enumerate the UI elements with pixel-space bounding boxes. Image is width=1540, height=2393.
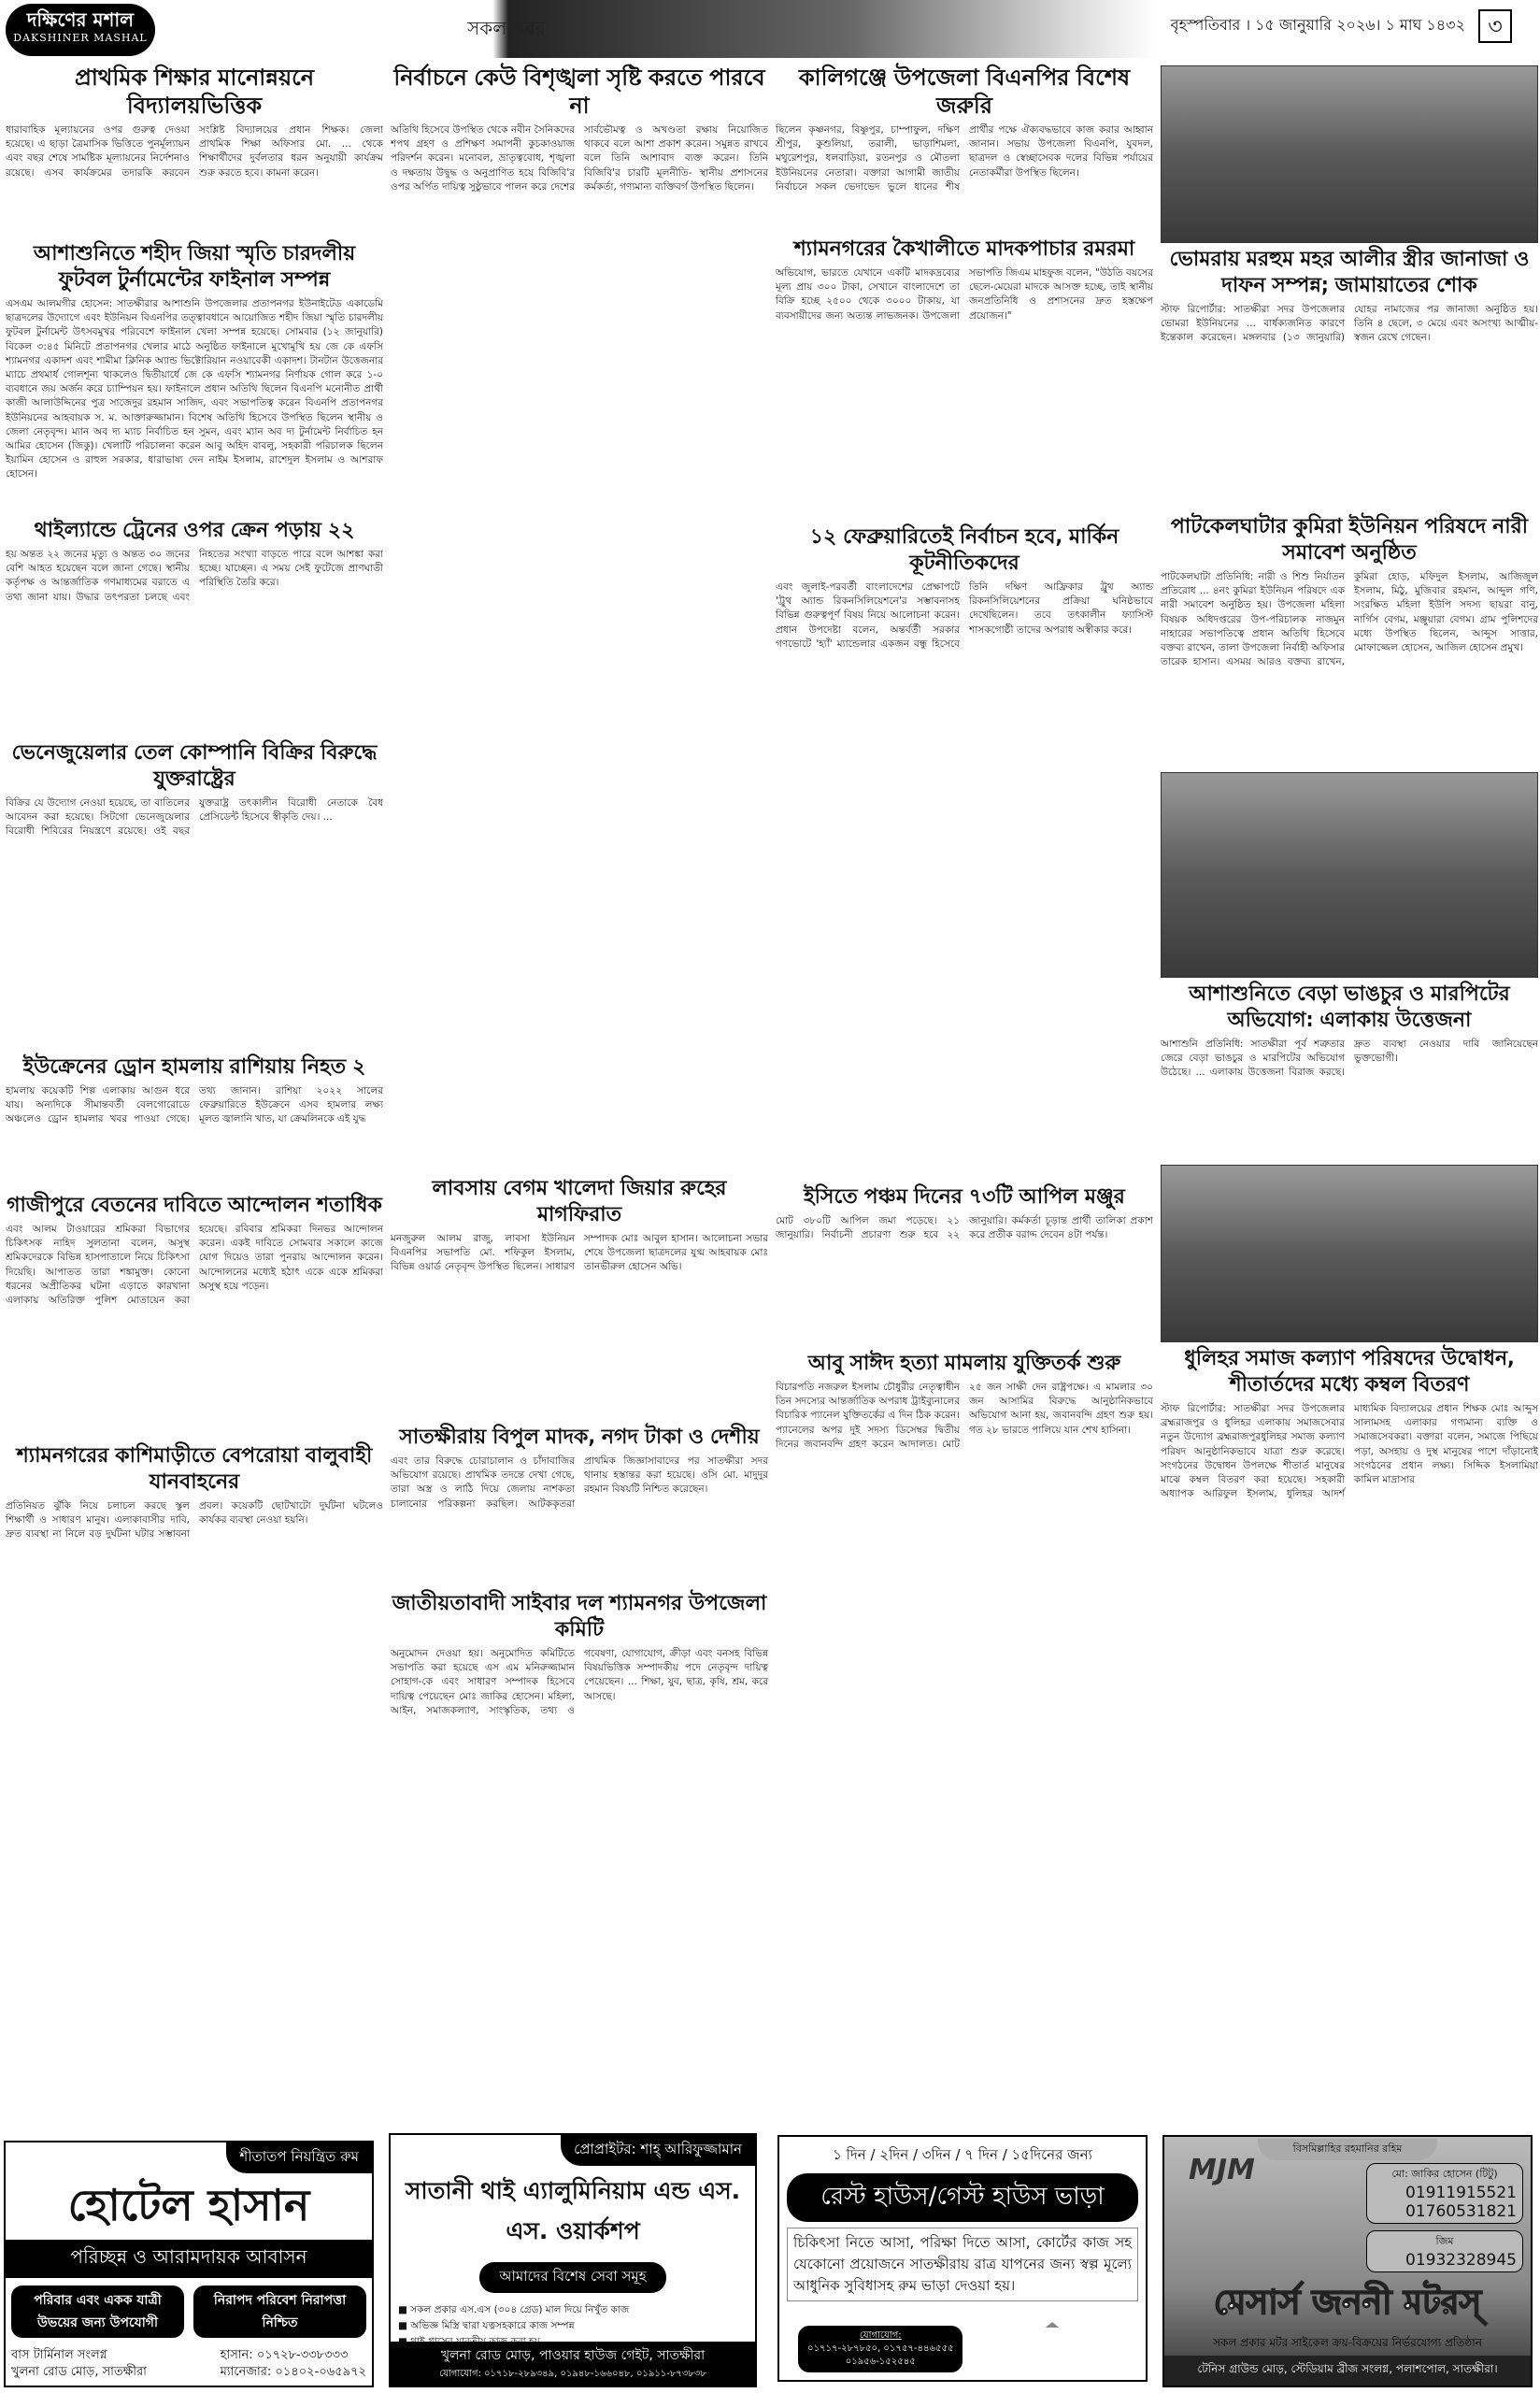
headline[interactable]: ১২ ফেব্রুয়ারিতেই নির্বাচন হবে, মার্কিন … — [776, 524, 1153, 577]
ad-phone: 01760531821 — [1373, 2202, 1517, 2221]
headline[interactable]: আবু সাঈদ হত্যা মামলায় যুক্তিতর্ক শুরু — [776, 1351, 1153, 1377]
article-body: বিচারপতি নজরুল ইসলাম চৌধুরীর নেতৃত্বাধীন… — [776, 1381, 1153, 2082]
article-body: অভিযোগ, ভারতে যেখানে একটি মাদকদ্রব্যের ম… — [776, 266, 1153, 519]
ad-phone: ম্যানেজার: ০১৪০২-০৬৫৯৭২ — [221, 2364, 366, 2381]
headline[interactable]: শ্যামনগরের কৈখালীতে মাদকপাচার রমরমা — [776, 236, 1153, 263]
article[interactable]: আশাশুনিতে বেড়া ভাঙচুর ও মারপিটের অভিযোগ… — [1161, 982, 1538, 1159]
article-body: অনুমোদন দেওয়া হয়। অনুমোদিত কমিটিতে সভা… — [391, 1647, 768, 2114]
article[interactable]: পাটকেলঘাটার কুমিরা ইউনিয়ন পরিষদে নারী স… — [1161, 514, 1538, 767]
article-body: স্টাফ রিপোর্টার: সাতক্ষীরা সদর উপজেলার ভ… — [1161, 303, 1538, 509]
headline[interactable]: সাতক্ষীরায় বিপুল মাদক, নগদ টাকা ও দেশীয… — [391, 1425, 768, 1451]
ad-contact: যোগাযোগ: ০১৭১৭-২৮৭৮৫০, ০১৭৫৭-৪৪৬৫৫৫ ০১৯৫… — [798, 2326, 962, 2372]
headline[interactable]: লাবসায় বেগম খালেদা জিয়ার রুহের মাগফিরা… — [391, 1176, 768, 1228]
ad-description: চিকিৎসা নিতে আসা, পরিক্ষা দিতে আসা, কোর্… — [787, 2228, 1138, 2301]
headline[interactable]: ভোমরায় মরহুম মহর আলীর স্ত্রীর জানাজা ও … — [1161, 247, 1538, 299]
headline[interactable]: আশাশুনিতে শহীদ জিয়া স্মৃতি চারদলীয় ফুট… — [6, 241, 383, 294]
mjm-logo: MJM — [1189, 2154, 1255, 2186]
article[interactable]: প্রাথমিক শিক্ষার মানোন্নয়নে বিদ্যালয়ভি… — [6, 64, 383, 236]
fence-damage-photo[interactable] — [1161, 772, 1538, 978]
headline[interactable]: ইসিতে পঞ্চম দিনের ৭৩টি আপিল মঞ্জুর — [776, 1184, 1153, 1211]
headline[interactable]: আশাশুনিতে বেড়া ভাঙচুর ও মারপিটের অভিযোগ… — [1161, 982, 1538, 1034]
article[interactable]: ১২ ফেব্রুয়ারিতেই নির্বাচন হবে, মার্কিন … — [776, 524, 1153, 1179]
article[interactable]: কালিগঞ্জে উপজেলা বিএনপির বিশেষ জরুরিছিলে… — [776, 64, 1153, 231]
ad-address: খুলনা রোড মোড়, সাতক্ষীরা — [11, 2364, 147, 2381]
logo-english: DAKSHINER MASHAL — [6, 32, 155, 44]
article[interactable]: জাতীয়তাবাদী সাইবার দল শ্যামনগর উপজেলা ক… — [391, 1591, 768, 2114]
ad-address: খুলনা রোড মোড়, পাওয়ার হাউজ গেইট, সাতক্… — [391, 2344, 755, 2367]
column-4: ভোমরায় মরহুম মহর আলীর স্ত্রীর জানাজা ও … — [1161, 62, 1538, 1623]
article-body: প্রতিনিয়ত ঝুঁকি নিয়ে চলাচল করছে স্কুল … — [6, 1499, 383, 1602]
funeral-photo[interactable] — [1161, 65, 1538, 243]
article-body: বিক্রির যে উদ্যোগ নেওয়া হয়েছে, তা বাতি… — [6, 796, 383, 1049]
article-body: আশাশুনি প্রতিনিধি: সাতক্ষীরা পূর্ব শত্রু… — [1161, 1038, 1538, 1159]
service-item: সকল প্রকার এস.এস (৩০৪ গ্রেড) মাল দিয়ে ন… — [398, 2302, 755, 2318]
ad-title: মেসার্স জননী মটরস্ — [1174, 2277, 1521, 2333]
article[interactable]: শ্যামনগরের কৈখালীতে মাদকপাচার রমরমাঅভিযো… — [776, 236, 1153, 519]
headline[interactable]: ভেনেজুয়েলার তেল কোম্পানি বিক্রির বিরুদ্… — [6, 740, 383, 793]
article-body: এবং আলম টাওয়ারের শ্রমিকরা বিভাগের চিকিৎ… — [6, 1223, 383, 1438]
article[interactable]: শ্যামনগরের কাশিমাড়ীতে বেপরোয়া বালুবাহী… — [6, 1443, 383, 1602]
article[interactable]: ভেনেজুয়েলার তেল কোম্পানি বিক্রির বিরুদ্… — [6, 740, 383, 1049]
ad-phone: হাসান: ০১৭২৮-৩৩৮৩৩৩ — [221, 2347, 366, 2364]
article[interactable]: নির্বাচনে কেউ বিশৃঙ্খলা সৃষ্টি করতে পারব… — [391, 64, 768, 1170]
ad-phone: 01932328945 — [1373, 2251, 1517, 2270]
ad-tagline: সকল প্রকার মটর সাইকেল ক্রয়-বিক্রয়ের নি… — [1164, 2335, 1531, 2354]
ad-days: ১ দিন / ২দিন / ৩দিন / ৭ দিন / ১৫দিনের জন… — [779, 2144, 1146, 2168]
headline[interactable]: গাজীপুরে বেতনের দাবিতে আন্দোলন শতাধিক — [6, 1193, 383, 1219]
ad-feature: নিরাপদ পরিবেশ নিরাপত্তা নিশ্চিত — [193, 2286, 366, 2338]
headline[interactable]: প্রাথমিক শিক্ষার মানোন্নয়নে বিদ্যালয়ভি… — [6, 64, 383, 120]
article-body: ধারাবাহিক মূল্যায়নের ওপর গুরুত্ব দেওয়া… — [6, 123, 383, 236]
blanket-distribution-photo[interactable] — [1161, 1165, 1538, 1342]
column-1: প্রাথমিক শিক্ষার মানোন্নয়নে বিদ্যালয়ভি… — [6, 62, 383, 1608]
ad-tag: প্রোপ্রাইটর: শাহ্ আরিফুজ্জামান — [561, 2135, 755, 2166]
ad-phone: 01911915521 — [1373, 2184, 1517, 2202]
article-body: মোট ৩৮০টি আপিল জমা পড়েছে। ২১ জানুয়ারি।… — [776, 1214, 1153, 1345]
column-3: কালিগঞ্জে উপজেলা বিএনপির বিশেষ জরুরিছিলে… — [776, 62, 1153, 2087]
manager-name: জিম — [1373, 2233, 1517, 2251]
article[interactable]: ভোমরায় মরহুম মহর আলীর স্ত্রীর জানাজা ও … — [1161, 247, 1538, 509]
ad-bismillah: বিসমিল্লাহির রহমানির রহিম — [1258, 2139, 1437, 2160]
article[interactable]: গাজীপুরে বেতনের দাবিতে আন্দোলন শতাধিকএবং… — [6, 1193, 383, 1438]
article-body: স্টাফ রিপোর্টার: সাতক্ষীরা সদর উপজেলার ব… — [1161, 1402, 1538, 1617]
headline[interactable]: কালিগঞ্জে উপজেলা বিএনপির বিশেষ জরুরি — [776, 64, 1153, 120]
ad-title: হোটেল হাসান — [6, 2178, 372, 2232]
ad-address: টেনিস গ্রাউন্ড মোড়, স্টেডিয়াম ব্রীজ সং… — [1164, 2356, 1531, 2386]
article-body: এবং তার বিরুদ্ধে চোরাচালান ও চাঁদাবাজির … — [391, 1454, 768, 1585]
ad-address: বাস টার্মিনাল সংলগ্ন — [11, 2347, 147, 2364]
section-title: সকল খবর — [467, 15, 546, 46]
contact-label: যোগাযোগ: — [807, 2329, 953, 2343]
owner-name: মো: জাকির হোসেন (টিটু) — [1373, 2166, 1517, 2184]
ad-phone: ০১৭১৭-২৮৭৮৫০, ০১৭৫৭-৪৪৬৫৫৫ — [807, 2343, 953, 2356]
newspaper-logo[interactable]: দক্ষিণের মশাল DAKSHINER MASHAL — [6, 4, 155, 56]
article-body: পাটকেলঘাটা প্রতিনিধি: নারী ও শিশু নির্যা… — [1161, 570, 1538, 767]
manager-contact: জিম 01932328945 — [1366, 2230, 1523, 2272]
column-2: নির্বাচনে কেউ বিশৃঙ্খলা সৃষ্টি করতে পারব… — [391, 62, 768, 2120]
article-body: এসএম আলমগীর হোসেন: সাতক্ষীরার আশাশুনি উপ… — [6, 297, 383, 512]
headline[interactable]: থাইল্যান্ডে ট্রেনের ওপর ক্রেন পড়ায় ২২ — [6, 518, 383, 544]
ad-title: সাতানী থাই এ্যালুমিনিয়াম এন্ড এস. এস. ও… — [391, 2172, 755, 2253]
article[interactable]: ধুলিহর সমাজ কল্যাণ পরিষদের উদ্বোধন, শীতা… — [1161, 1346, 1538, 1617]
owner-contact: মো: জাকির হোসেন (টিটু) 01911915521 01760… — [1366, 2163, 1523, 2224]
article-body: এবং জুলাই-পরবর্তী বাংলাদেশের প্রেক্ষাপটে… — [776, 580, 1153, 1179]
headline[interactable]: পাটকেলঘাটার কুমিরা ইউনিয়ন পরিষদে নারী স… — [1161, 514, 1538, 566]
ad-title: রেস্ট হাউস/গেস্ট হাউস ভাড়া — [787, 2173, 1138, 2222]
article[interactable]: থাইল্যান্ডে ট্রেনের ওপর ক্রেন পড়ায় ২২হ… — [6, 518, 383, 735]
dateline: বৃহস্পতিবার । ১৫ জানুয়ারি ২০২৬। ১ মাঘ ১… — [1171, 13, 1465, 38]
house-icon — [996, 2322, 1108, 2369]
article[interactable]: লাবসায় বেগম খালেদা জিয়ার রুহের মাগফিরা… — [391, 1176, 768, 1419]
service-item: অভিজ্ঞ মিস্ত্রি দ্বারা যত্নসহকারে কাজ সম… — [398, 2318, 755, 2334]
article[interactable]: ইসিতে পঞ্চম দিনের ৭৩টি আপিল মঞ্জুরমোট ৩৮… — [776, 1184, 1153, 1345]
headline[interactable]: ইউক্রেনের ড্রোন হামলায় রাশিয়ায় নিহত ২ — [6, 1054, 383, 1081]
article[interactable]: সাতক্ষীরায় বিপুল মাদক, নগদ টাকা ও দেশীয… — [391, 1425, 768, 1585]
aluminium-workshop-ad[interactable]: প্রোপ্রাইটর: শাহ্ আরিফুজ্জামান সাতানী থা… — [389, 2133, 757, 2387]
headline[interactable]: নির্বাচনে কেউ বিশৃঙ্খলা সৃষ্টি করতে পারব… — [391, 64, 768, 120]
article-body: ছিলেন কৃষ্ণনগর, বিষ্ণুপুর, চাম্পাফুল, দক… — [776, 123, 1153, 231]
rest-house-ad[interactable]: ১ দিন / ২দিন / ৩দিন / ৭ দিন / ১৫দিনের জন… — [777, 2135, 1148, 2382]
headline[interactable]: ধুলিহর সমাজ কল্যাণ পরিষদের উদ্বোধন, শীতা… — [1161, 1346, 1538, 1398]
headline[interactable]: শ্যামনগরের কাশিমাড়ীতে বেপরোয়া বালুবাহী… — [6, 1443, 383, 1496]
ad-tag: শীতাতপ নিয়ন্ত্রিত রুম — [226, 2142, 372, 2173]
hotel-hasan-ad[interactable]: শীতাতপ নিয়ন্ত্রিত রুম হোটেল হাসান পরিচ্… — [4, 2141, 374, 2387]
article-body: অতিথি হিসেবে উপস্থিত থেকে নবীন সৈনিকদের … — [391, 123, 768, 1170]
page-number: ৩ — [1478, 9, 1512, 43]
article-body: মনজুরুল আলম রাজু, লাবসা ইউনিয়ন বিএনপির … — [391, 1232, 768, 1419]
ad-band: পরিচ্ছন্ন ও আরামদায়ক আবাসন — [6, 2240, 372, 2278]
ad-phone: ০১৯৫৬-১৫২৫৪৫ — [807, 2356, 953, 2369]
article[interactable]: ইউক্রেনের ড্রোন হামলায় রাশিয়ায় নিহত ২… — [6, 1054, 383, 1187]
ad-services-label: আমাদের বিশেষ সেবা সমূহ — [479, 2262, 666, 2293]
article-body: হামলায় কয়েকটি শিল্প এলাকায় আগুন ধরে য… — [6, 1084, 383, 1187]
ad-phone: যোগাযোগ: ০১৭১৮-২৮৯৩৪৯, ০১৯৪৮-১৬৬০৪৮, ০১৯… — [391, 2367, 755, 2383]
logo-bengali: দক্ষিণের মশাল — [6, 7, 155, 32]
headline[interactable]: জাতীয়তাবাদী সাইবার দল শ্যামনগর উপজেলা ক… — [391, 1591, 768, 1643]
article-body: হয় অন্তত ২২ জনের মৃত্যু ও অন্তত ৩০ জনের… — [6, 548, 383, 735]
masthead: দক্ষিণের মশাল DAKSHINER MASHAL সকল খবর ব… — [0, 0, 1540, 58]
article[interactable]: আবু সাঈদ হত্যা মামলায় যুক্তিতর্ক শুরুবি… — [776, 1351, 1153, 2082]
ad-feature: পরিবার এবং একক যাত্রী উভয়ের জন্য উপযোগী — [11, 2286, 184, 2338]
janani-motors-ad[interactable]: বিসমিল্লাহির রহমানির রহিম MJM মো: জাকির … — [1162, 2135, 1533, 2387]
article[interactable]: আশাশুনিতে শহীদ জিয়া স্মৃতি চারদলীয় ফুট… — [6, 241, 383, 512]
